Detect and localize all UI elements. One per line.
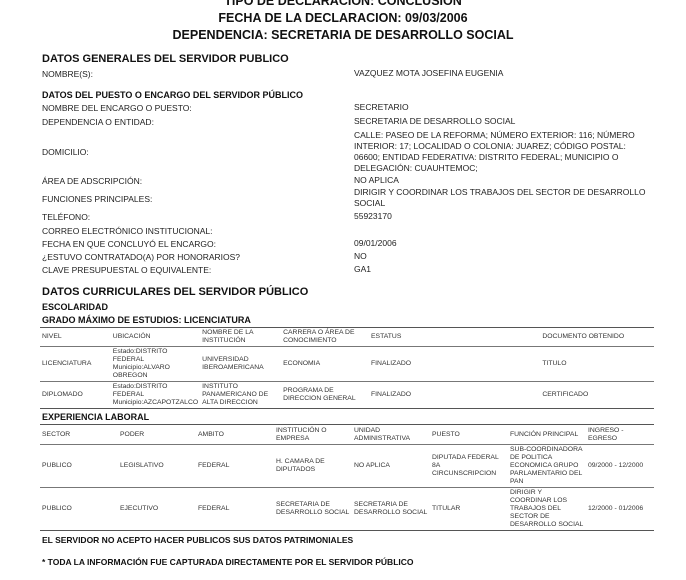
position-data-title: DATOS DEL PUESTO O ENCARGO DEL SERVIDOR … [42, 90, 303, 100]
table-cell: PUBLICO [40, 445, 118, 488]
table-cell: INSTITUTO PANAMERICANO DE ALTA DIRECCION [200, 382, 281, 409]
education-table: NIVEL UBICACIÓN NOMBRE DE LA INSTITUCIÓN… [40, 327, 654, 409]
capture-note: * TODA LA INFORMACIÓN FUE CAPTURADA DIRE… [42, 557, 414, 567]
table-row: PUBLICO LEGISLATIVO FEDERAL H. CAMARA DE… [40, 445, 654, 488]
work-experience-title: EXPERIENCIA LABORAL [42, 412, 149, 422]
field-label-dependency: DEPENDENCIA O ENTIDAD: [42, 117, 154, 127]
field-value-functions: DIRIGIR Y COORDINAR LOS TRABAJOS DEL SEC… [354, 187, 654, 209]
field-value-end-date: 09/01/2006 [354, 238, 654, 249]
highest-degree-title: GRADO MÁXIMO DE ESTUDIOS: LICENCIATURA [42, 315, 251, 325]
field-value-honorarios: NO [354, 251, 654, 262]
table-cell: ECONOMIA [281, 347, 369, 382]
header-cell: CARRERA O ÁREA DE CONOCIMIENTO [281, 328, 369, 347]
table-cell: SUB-COORDINADORA DE POLITICA ECONOMICA G… [508, 445, 586, 488]
table-cell: 12/2000 - 01/2006 [586, 488, 654, 531]
field-value-area: NO APLICA [354, 175, 654, 186]
declaration-dependency: DEPENDENCIA: SECRETARIA DE DESARROLLO SO… [0, 28, 686, 42]
header-cell: NIVEL [40, 328, 111, 347]
table-cell: DIPUTADA FEDERAL 8A CIRCUNSCRIPCION [430, 445, 508, 488]
table-cell: LICENCIATURA [40, 347, 111, 382]
declaration-page: TIPO DE DECLARACION: CONCLUSION FECHA DE… [0, 0, 686, 580]
declaration-type: TIPO DE DECLARACION: CONCLUSION [0, 0, 686, 8]
header-cell: UNIDAD ADMINISTRATIVA [352, 425, 430, 445]
table-cell: NO APLICA [352, 445, 430, 488]
field-label-email: CORREO ELECTRÓNICO INSTITUCIONAL: [42, 226, 213, 236]
table-cell: TITULO [540, 347, 654, 382]
field-label-end-date: FECHA EN QUE CONCLUYÓ EL ENCARGO: [42, 239, 216, 249]
table-row: LICENCIATURA Estado:DISTRITO FEDERAL Mun… [40, 347, 654, 382]
field-label-honorarios: ¿ESTUVO CONTRATADO(A) POR HONORARIOS? [42, 252, 240, 262]
header-cell: ESTATUS [369, 328, 540, 347]
table-cell: FINALIZADO [369, 347, 540, 382]
table-row: PUBLICO EJECUTIVO FEDERAL SECRETARIA DE … [40, 488, 654, 531]
table-cell: UNIVERSIDAD IBEROAMERICANA [200, 347, 281, 382]
table-cell: Estado:DISTRITO FEDERAL Municipio:AZCAPO… [111, 382, 200, 409]
field-value-phone: 55923170 [354, 211, 654, 222]
header-cell: PUESTO [430, 425, 508, 445]
name-value: VAZQUEZ MOTA JOSEFINA EUGENIA [354, 68, 654, 79]
schooling-title: ESCOLARIDAD [42, 302, 108, 312]
field-label-position: NOMBRE DEL ENCARGO O PUESTO: [42, 103, 192, 113]
table-cell: FEDERAL [196, 445, 274, 488]
field-value-address: CALLE: PASEO DE LA REFORMA; NÚMERO EXTER… [354, 130, 654, 174]
table-cell: CERTIFICADO [540, 382, 654, 409]
field-value-dependency: SECRETARIA DE DESARROLLO SOCIAL [354, 116, 654, 127]
curricular-data-title: DATOS CURRICULARES DEL SERVIDOR PÚBLICO [42, 286, 308, 298]
header-cell: UBICACIÓN [111, 328, 200, 347]
table-cell: LEGISLATIVO [118, 445, 196, 488]
header-cell: PODER [118, 425, 196, 445]
header-cell: INSTITUCIÓN O EMPRESA [274, 425, 352, 445]
header-cell: AMBITO [196, 425, 274, 445]
table-cell: FINALIZADO [369, 382, 540, 409]
field-label-functions: FUNCIONES PRINCIPALES: [42, 194, 152, 204]
table-cell: Estado:DISTRITO FEDERAL Municipio:ALVARO… [111, 347, 200, 382]
header-cell: INGRESO - EGRESO [586, 425, 654, 445]
field-label-phone: TELÉFONO: [42, 212, 90, 222]
patrimonial-note: EL SERVIDOR NO ACEPTO HACER PUBLICOS SUS… [42, 535, 353, 545]
table-row: DIPLOMADO Estado:DISTRITO FEDERAL Munici… [40, 382, 654, 409]
table-cell: PUBLICO [40, 488, 118, 531]
header-cell: FUNCIÓN PRINCIPAL [508, 425, 586, 445]
table-cell: TITULAR [430, 488, 508, 531]
table-header-row: SECTOR PODER AMBITO INSTITUCIÓN O EMPRES… [40, 425, 654, 445]
header-cell: SECTOR [40, 425, 118, 445]
table-header-row: NIVEL UBICACIÓN NOMBRE DE LA INSTITUCIÓN… [40, 328, 654, 347]
header-cell: NOMBRE DE LA INSTITUCIÓN [200, 328, 281, 347]
general-data-title: DATOS GENERALES DEL SERVIDOR PUBLICO [42, 53, 289, 65]
field-label-area: ÁREA DE ADSCRIPCIÓN: [42, 176, 142, 186]
table-cell: 09/2000 - 12/2000 [586, 445, 654, 488]
table-cell: EJECUTIVO [118, 488, 196, 531]
table-cell: SECRETARIA DE DESARROLLO SOCIAL [352, 488, 430, 531]
table-cell: H. CAMARA DE DIPUTADOS [274, 445, 352, 488]
field-label-budget-key: CLAVE PRESUPUESTAL O EQUIVALENTE: [42, 265, 211, 275]
table-cell: DIPLOMADO [40, 382, 111, 409]
field-value-position: SECRETARIO [354, 102, 654, 113]
table-cell: SECRETARIA DE DESARROLLO SOCIAL [274, 488, 352, 531]
declaration-date: FECHA DE LA DECLARACION: 09/03/2006 [0, 11, 686, 25]
table-cell: FEDERAL [196, 488, 274, 531]
table-cell: PROGRAMA DE DIRECCION GENERAL [281, 382, 369, 409]
table-cell: DIRIGIR Y COORDINAR LOS TRABAJOS DEL SEC… [508, 488, 586, 531]
field-value-budget-key: GA1 [354, 264, 654, 275]
name-label: NOMBRE(S): [42, 69, 93, 79]
header-cell: DOCUMENTO OBTENIDO [540, 328, 654, 347]
field-label-address: DOMICILIO: [42, 147, 89, 157]
work-experience-table: SECTOR PODER AMBITO INSTITUCIÓN O EMPRES… [40, 424, 654, 531]
